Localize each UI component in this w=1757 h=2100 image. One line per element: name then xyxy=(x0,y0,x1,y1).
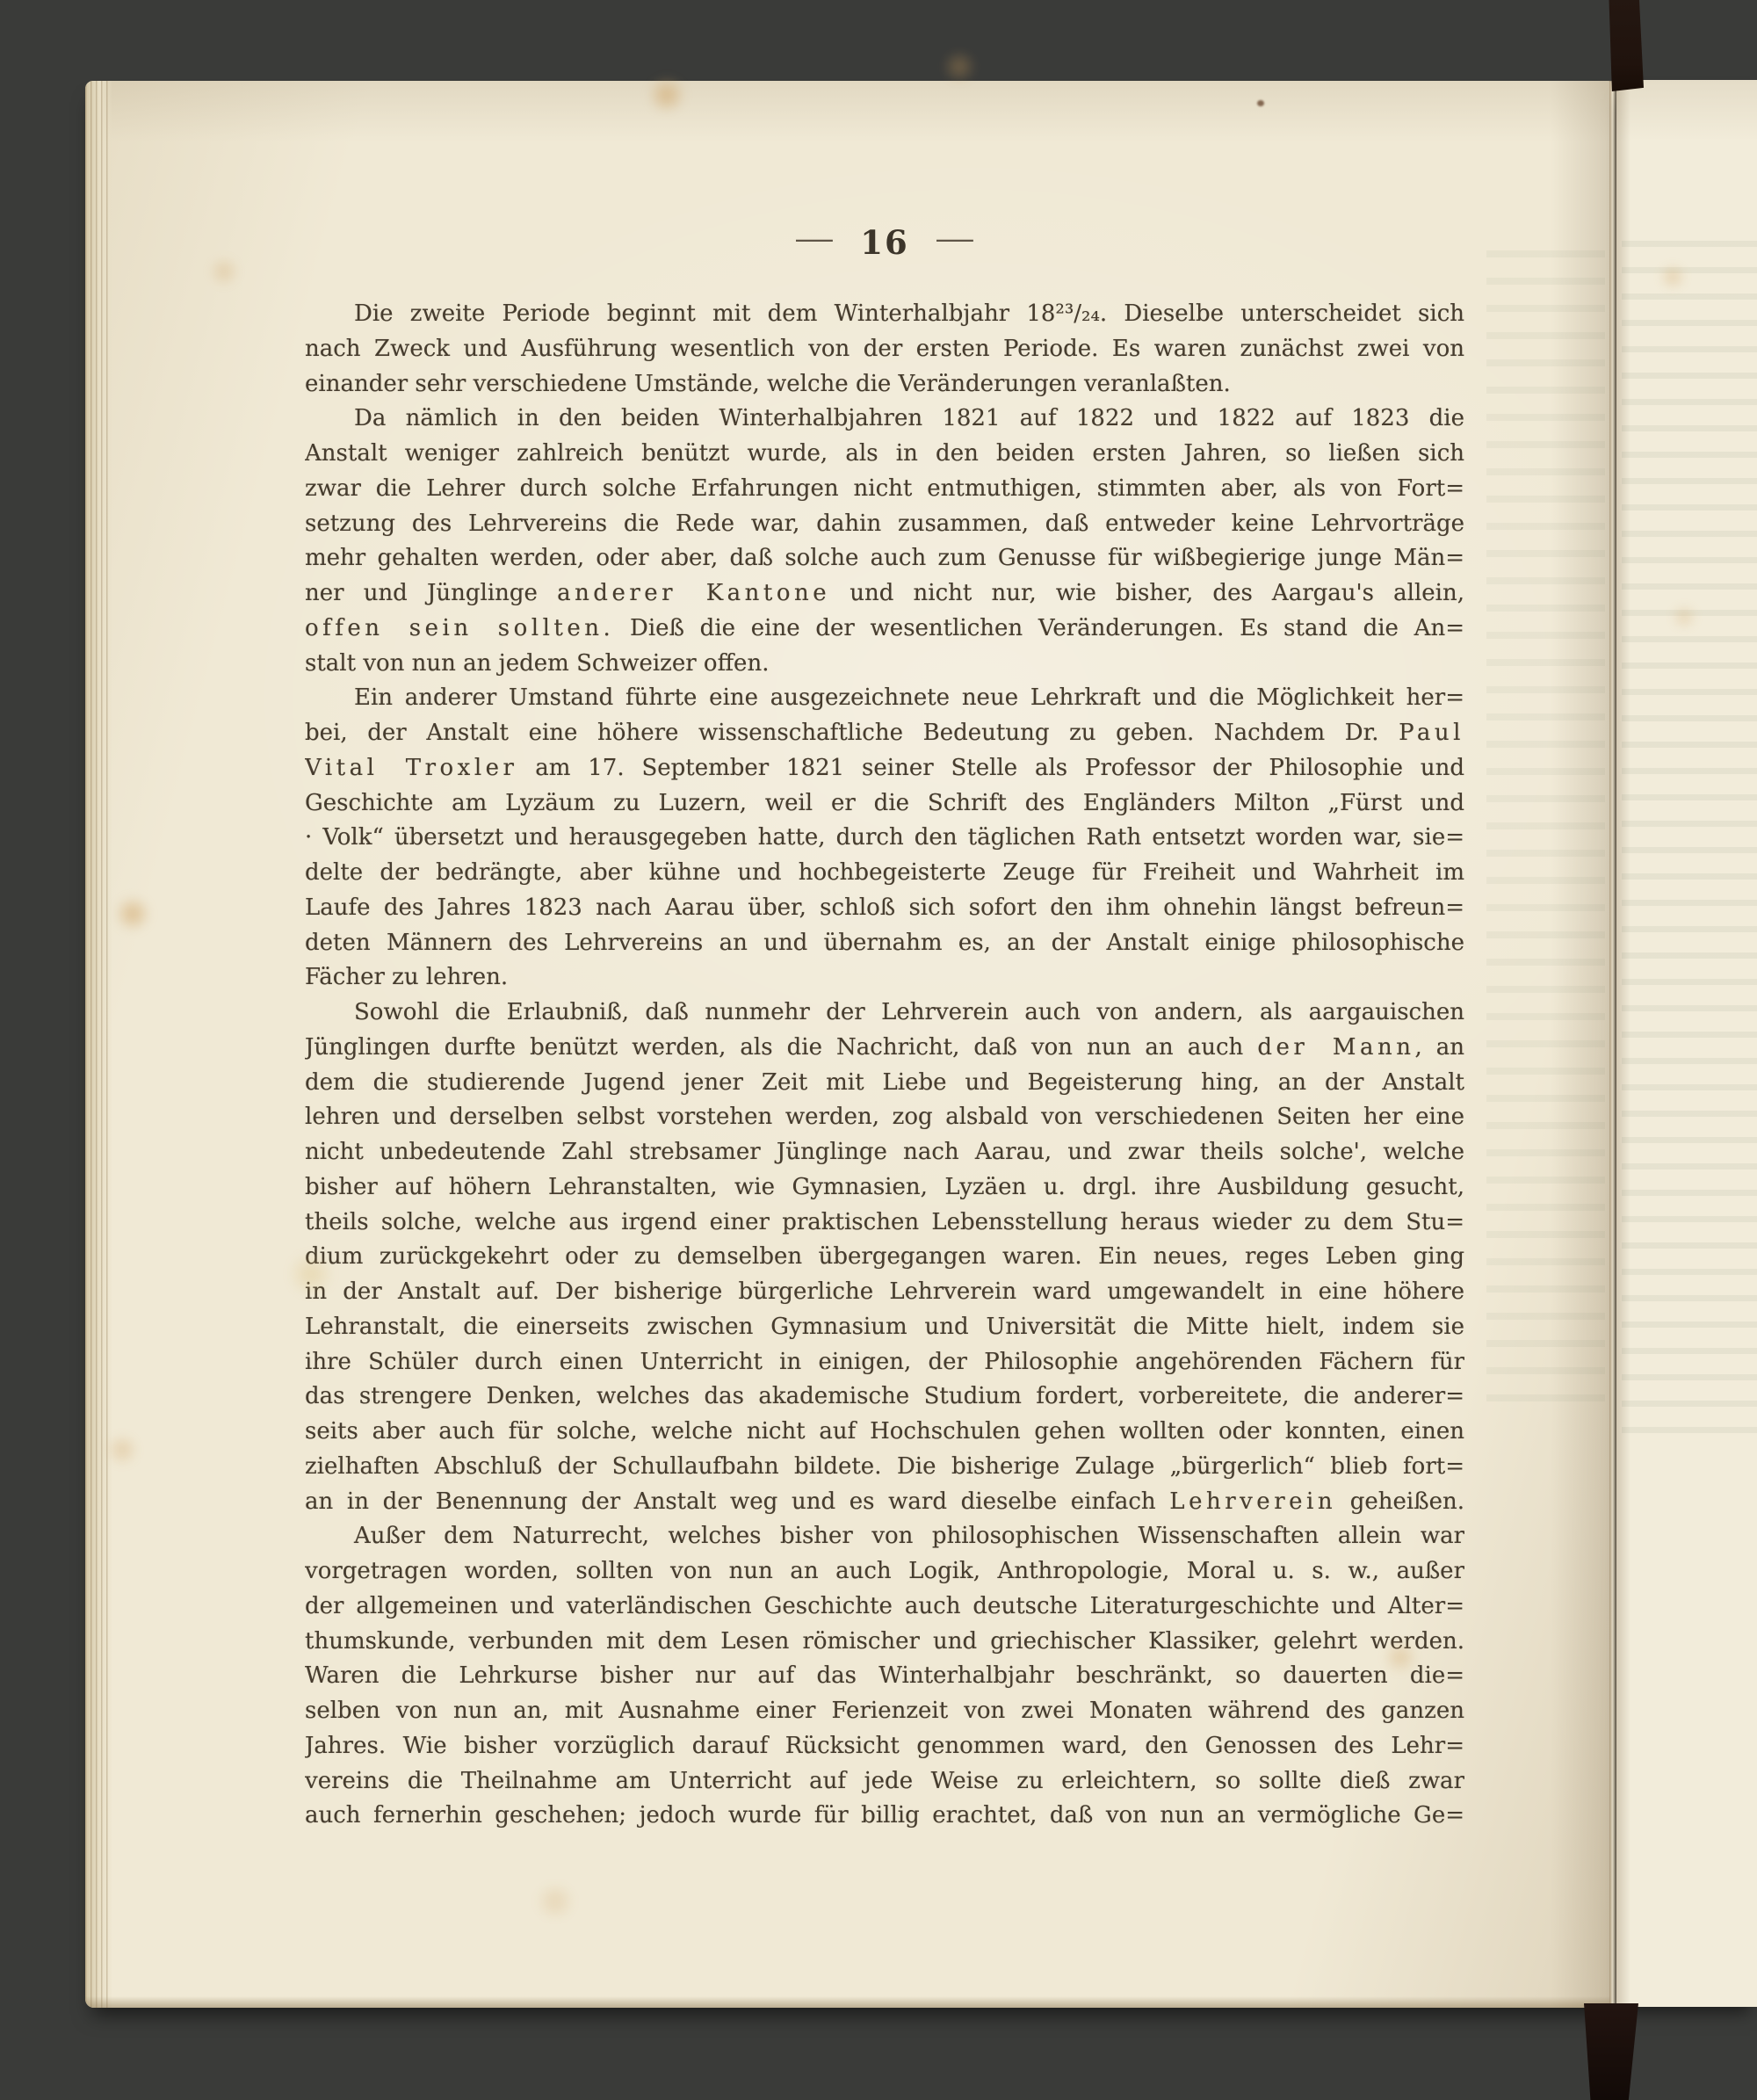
text-line: an in der Benennung der Anstalt weg und … xyxy=(305,1485,1464,1520)
foxing-spot xyxy=(532,1884,578,1919)
text-line: Vital Troxler am 17. September 1821 sein… xyxy=(305,751,1464,786)
text-segment: einander sehr verschiedene Umstände, wel… xyxy=(305,371,1231,397)
text-segment: Jahres. Wie bisher vorzüglich darauf Rüc… xyxy=(305,1733,1464,1759)
text-line: Anstalt weniger zahlreich benützt wurde,… xyxy=(305,437,1464,472)
text-segment: der allgemeinen und vaterländischen Gesc… xyxy=(305,1593,1464,1619)
text-line: bisher auf höhern Lehranstalten, wie Gym… xyxy=(305,1170,1464,1206)
text-block: Die zweite Periode beginnt mit dem Winte… xyxy=(305,297,1464,1834)
scanned-book-photo: — 16 — Die zweite Periode beginnt mit de… xyxy=(0,0,1757,2100)
text-segment: zielhaften Abschluß der Schullaufbahn bi… xyxy=(305,1453,1464,1480)
text-line: nach Zweck und Ausführung wesentlich von… xyxy=(305,332,1464,367)
text-segment: Waren die Lehrkurse bisher nur auf das W… xyxy=(305,1662,1464,1689)
text-segment: mehr gehalten werden, oder aber, daß sol… xyxy=(305,545,1464,571)
text-segment: bisher auf höhern Lehranstalten, wie Gym… xyxy=(305,1174,1464,1200)
page-gutter xyxy=(1609,81,1616,2008)
page-edge-stack xyxy=(85,81,112,2008)
text-segment: deten Männern des Lehrvereins an und übe… xyxy=(305,930,1464,956)
paragraph: Außer dem Naturrecht, welches bisher von… xyxy=(305,1519,1464,1834)
text-segment: Jünglingen durfte benützt werden, als di… xyxy=(305,1034,1257,1061)
text-segment: Außer dem Naturrecht, welches bisher von… xyxy=(354,1523,1464,1549)
text-segment: lehren und derselben selbst vorstehen we… xyxy=(305,1104,1464,1130)
text-segment: nicht unbedeutende Zahl strebsamer Jüngl… xyxy=(305,1139,1464,1165)
text-segment: Die zweite Periode beginnt mit dem Winte… xyxy=(354,301,1464,327)
text-segment: auch fernerhin geschehen; jedoch wurde f… xyxy=(305,1802,1464,1828)
page-number: 16 xyxy=(860,223,909,262)
text-line: vereins die Theilnahme am Unterricht auf… xyxy=(305,1764,1464,1799)
text-segment: dium zurückgekehrt oder zu demselben übe… xyxy=(305,1243,1464,1270)
text-line: nicht unbedeutende Zahl strebsamer Jüngl… xyxy=(305,1135,1464,1170)
foxing-spot xyxy=(112,896,153,931)
text-segment: seits aber auch für solche, welche nicht… xyxy=(305,1418,1464,1445)
text-segment: vereins die Theilnahme am Unterricht auf… xyxy=(305,1768,1464,1794)
text-line: selben von nun an, mit Ausnahme einer Fe… xyxy=(305,1694,1464,1729)
foxing-spot xyxy=(1657,264,1688,290)
text-line: mehr gehalten werden, oder aber, daß sol… xyxy=(305,541,1464,576)
text-line: vorgetragen worden, sollten von nun an a… xyxy=(305,1554,1464,1589)
text-segment: selben von nun an, mit Ausnahme einer Fe… xyxy=(305,1698,1464,1724)
text-line: ner und Jünglinge anderer Kantone und ni… xyxy=(305,576,1464,612)
text-line: offen sein sollten. Dieß die eine der we… xyxy=(305,612,1464,647)
emphasized-text: offen sein sollten. xyxy=(305,615,614,641)
text-segment: setzung des Lehrvereins die Rede war, da… xyxy=(305,511,1464,537)
text-line: Laufe des Jahres 1823 nach Aarau über, s… xyxy=(305,891,1464,926)
text-line: Jahres. Wie bisher vorzüglich darauf Rüc… xyxy=(305,1729,1464,1764)
emphasized-text: Paul xyxy=(1399,720,1464,746)
text-line: der allgemeinen und vaterländischen Gesc… xyxy=(305,1589,1464,1625)
text-line: · Volk“ übersetzt und herausgegeben hatt… xyxy=(305,821,1464,856)
foxing-spot xyxy=(1669,605,1699,629)
text-line: seits aber auch für solche, welche nicht… xyxy=(305,1415,1464,1450)
emphasized-text: anderer Kantone xyxy=(557,580,830,606)
text-segment: Sowohl die Erlaubniß, daß nunmehr der Le… xyxy=(354,999,1464,1025)
text-line: Geschichte am Lyzäum zu Luzern, weil er … xyxy=(305,786,1464,822)
emphasized-text: der Mann xyxy=(1257,1034,1414,1061)
text-segment: delte der bedrängte, aber kühne und hoch… xyxy=(305,859,1464,886)
text-segment: Dieß die eine der wesentlichen Veränderu… xyxy=(614,615,1464,641)
text-line: setzung des Lehrvereins die Rede war, da… xyxy=(305,507,1464,542)
text-segment: dem die studierende Jugend jener Zeit mi… xyxy=(305,1069,1464,1096)
paragraph: Da nämlich in den beiden Winterhalbjahre… xyxy=(305,402,1464,681)
emphasized-text: Vital Troxler xyxy=(305,755,517,781)
foxing-spot xyxy=(104,1434,141,1466)
bookmark-ribbon xyxy=(1607,0,1644,91)
text-line: Fächer zu lehren. xyxy=(305,960,1464,996)
text-segment: Laufe des Jahres 1823 nach Aarau über, s… xyxy=(305,894,1464,921)
foxing-spot xyxy=(940,51,979,83)
text-line: deten Männern des Lehrvereins an und übe… xyxy=(305,926,1464,961)
text-line: thumskunde, verbunden mit dem Lesen römi… xyxy=(305,1625,1464,1660)
book-page: — 16 — Die zweite Periode beginnt mit de… xyxy=(85,81,1612,2008)
text-segment: Da nämlich in den beiden Winterhalbjahre… xyxy=(354,405,1464,431)
text-line: zwar die Lehrer durch solche Erfahrungen… xyxy=(305,472,1464,507)
text-segment: nach Zweck und Ausführung wesentlich von… xyxy=(305,336,1464,362)
facing-page-edge xyxy=(1616,80,1757,2007)
foxing-spot xyxy=(646,77,688,112)
header-dash-right: — xyxy=(935,221,975,257)
text-segment: stalt von nun an jedem Schweizer offen. xyxy=(305,650,769,677)
paragraph: Sowohl die Erlaubniß, daß nunmehr der Le… xyxy=(305,996,1464,1519)
text-line: ihre Schüler durch einen Unterricht in e… xyxy=(305,1345,1464,1380)
text-segment: am 17. September 1821 seiner Stelle als … xyxy=(517,755,1464,781)
text-segment: bei, der Anstalt eine höhere wissenschaf… xyxy=(305,720,1399,746)
text-line: das strengere Denken, welches das akadem… xyxy=(305,1379,1464,1415)
text-segment: vorgetragen worden, sollten von nun an a… xyxy=(305,1558,1464,1584)
text-segment: ihre Schüler durch einen Unterricht in e… xyxy=(305,1349,1464,1375)
page-header: — 16 — xyxy=(305,221,1464,262)
paragraph: Ein anderer Umstand führte eine ausgezei… xyxy=(305,681,1464,996)
text-line: Die zweite Periode beginnt mit dem Winte… xyxy=(305,297,1464,332)
ink-speck xyxy=(1257,100,1264,106)
text-segment: Anstalt weniger zahlreich benützt wurde,… xyxy=(305,440,1464,467)
text-line: dium zurückgekehrt oder zu demselben übe… xyxy=(305,1240,1464,1275)
text-segment: das strengere Denken, welches das akadem… xyxy=(305,1383,1464,1409)
text-line: Da nämlich in den beiden Winterhalbjahre… xyxy=(305,402,1464,437)
page-bottom-edge xyxy=(85,1996,1612,2008)
text-segment: ner und Jünglinge xyxy=(305,580,557,606)
foxing-spot xyxy=(206,257,242,286)
text-line: stalt von nun an jedem Schweizer offen. xyxy=(305,647,1464,682)
text-segment: zwar die Lehrer durch solche Erfahrungen… xyxy=(305,475,1464,502)
text-line: auch fernerhin geschehen; jedoch wurde f… xyxy=(305,1799,1464,1834)
text-segment: in der Anstalt auf. Der bisherige bürger… xyxy=(305,1278,1464,1305)
header-dash-left: — xyxy=(794,221,835,257)
text-segment: thumskunde, verbunden mit dem Lesen römi… xyxy=(305,1628,1464,1655)
text-line: Jünglingen durfte benützt werden, als di… xyxy=(305,1031,1464,1066)
text-segment: geheißen. xyxy=(1336,1488,1464,1515)
text-line: Waren die Lehrkurse bisher nur auf das W… xyxy=(305,1659,1464,1694)
text-segment: Geschichte am Lyzäum zu Luzern, weil er … xyxy=(305,790,1464,816)
text-segment: theils solche, welche aus irgend einer p… xyxy=(305,1209,1464,1235)
text-segment: · Volk“ übersetzt und herausgegeben hatt… xyxy=(305,824,1464,851)
foxing-spot xyxy=(286,1252,336,1296)
text-line: Sowohl die Erlaubniß, daß nunmehr der Le… xyxy=(305,996,1464,1031)
text-line: einander sehr verschiedene Umstände, wel… xyxy=(305,367,1464,402)
paragraph: Die zweite Periode beginnt mit dem Winte… xyxy=(305,297,1464,402)
text-segment: , an xyxy=(1414,1034,1464,1061)
text-line: Ein anderer Umstand führte eine ausgezei… xyxy=(305,681,1464,716)
text-line: delte der bedrängte, aber kühne und hoch… xyxy=(305,856,1464,891)
text-segment: und nicht nur, wie bisher, des Aargau's … xyxy=(830,580,1464,606)
text-segment: Lehranstalt, die einerseits zwischen Gym… xyxy=(305,1314,1464,1340)
text-line: zielhaften Abschluß der Schullaufbahn bi… xyxy=(305,1450,1464,1485)
book-spine-tail xyxy=(1584,2003,1638,2100)
text-line: Lehranstalt, die einerseits zwischen Gym… xyxy=(305,1310,1464,1345)
text-line: dem die studierende Jugend jener Zeit mi… xyxy=(305,1066,1464,1101)
text-segment: Ein anderer Umstand führte eine ausgezei… xyxy=(354,684,1464,711)
gutter-shadow xyxy=(1551,81,1612,2008)
foxing-spot xyxy=(1381,1641,1420,1673)
text-segment: an in der Benennung der Anstalt weg und … xyxy=(305,1488,1169,1515)
ink-bleed-through xyxy=(1622,221,1757,1451)
text-line: bei, der Anstalt eine höhere wissenschaf… xyxy=(305,716,1464,751)
emphasized-text: Lehrverein xyxy=(1169,1488,1336,1515)
text-line: Außer dem Naturrecht, welches bisher von… xyxy=(305,1519,1464,1554)
text-line: theils solche, welche aus irgend einer p… xyxy=(305,1206,1464,1241)
text-line: in der Anstalt auf. Der bisherige bürger… xyxy=(305,1275,1464,1310)
text-line: lehren und derselben selbst vorstehen we… xyxy=(305,1100,1464,1135)
text-segment: Fächer zu lehren. xyxy=(305,964,508,990)
